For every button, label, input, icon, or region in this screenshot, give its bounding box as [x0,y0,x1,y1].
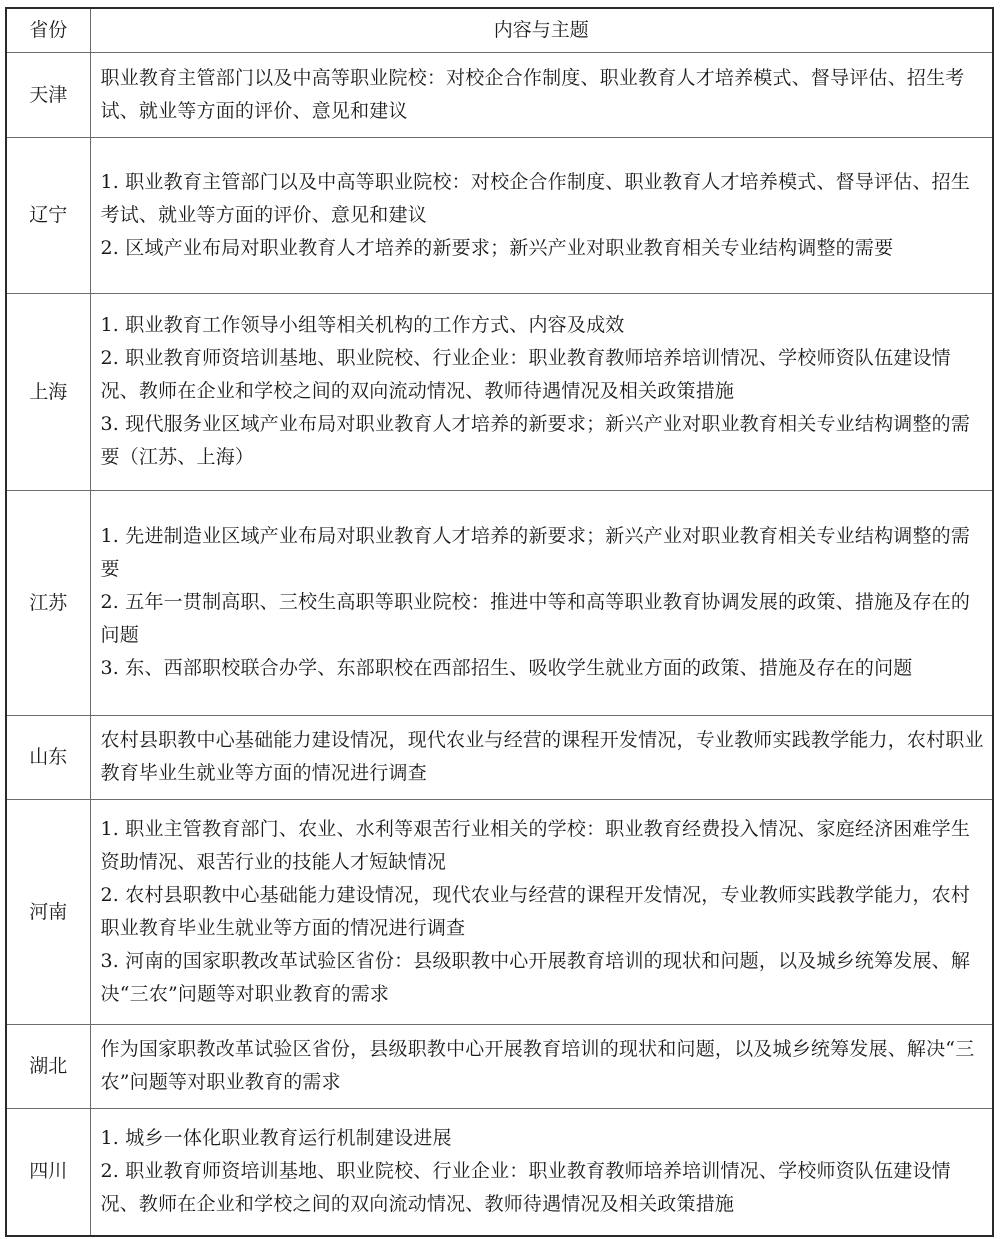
content-item: 1. 先进制造业区域产业布局对职业教育人才培养的新要求；新兴产业对职业教育相关专… [101,520,987,586]
table-row: 江苏 1. 先进制造业区域产业布局对职业教育人才培养的新要求；新兴产业对职业教育… [7,491,992,716]
content-cell: 作为国家职教改革试验区省份，县级职教中心开展教育培训的现状和问题，以及城乡统筹发… [90,1025,992,1109]
content-cell: 1. 职业教育主管部门以及中高等职业院校：对校企合作制度、职业教育人才培养模式、… [90,138,992,294]
province-survey-table-container: 省份 内容与主题 天津 职业教育主管部门以及中高等职业院校：对校企合作制度、职业… [5,7,994,1237]
content-item: 3. 东、西部职校联合办学、东部职校在西部招生、吸收学生就业方面的政策、措施及存… [101,652,987,685]
table-row: 上海 1. 职业教育工作领导小组等相关机构的工作方式、内容及成效 2. 职业教育… [7,294,992,491]
table-header-row: 省份 内容与主题 [7,9,992,53]
province-survey-table: 省份 内容与主题 天津 职业教育主管部门以及中高等职业院校：对校企合作制度、职业… [7,9,992,1235]
table-row: 天津 职业教育主管部门以及中高等职业院校：对校企合作制度、职业教育人才培养模式、… [7,53,992,138]
content-cell: 农村县职教中心基础能力建设情况，现代农业与经营的课程开发情况，专业教师实践教学能… [90,716,992,800]
content-item: 农村县职教中心基础能力建设情况，现代农业与经营的课程开发情况，专业教师实践教学能… [101,724,987,790]
province-cell: 天津 [7,53,90,138]
content-item: 3. 河南的国家职教改革试验区省份：县级职教中心开展教育培训的现状和问题，以及城… [101,945,987,1011]
content-item: 2. 五年一贯制高职、三校生高职等职业院校：推进中等和高等职业教育协调发展的政策… [101,586,987,652]
province-cell: 湖北 [7,1025,90,1109]
content-item: 1. 城乡一体化职业教育运行机制建设进展 [101,1122,987,1155]
province-cell: 辽宁 [7,138,90,294]
content-cell: 1. 职业教育工作领导小组等相关机构的工作方式、内容及成效 2. 职业教育师资培… [90,294,992,491]
content-item: 2. 农村县职教中心基础能力建设情况，现代农业与经营的课程开发情况，专业教师实践… [101,879,987,945]
content-item: 2. 职业教育师资培训基地、职业院校、行业企业：职业教育教师培养培训情况、学校师… [101,1155,987,1221]
province-cell: 江苏 [7,491,90,716]
table-row: 辽宁 1. 职业教育主管部门以及中高等职业院校：对校企合作制度、职业教育人才培养… [7,138,992,294]
header-content: 内容与主题 [90,9,992,53]
content-cell: 1. 职业主管教育部门、农业、水利等艰苦行业相关的学校：职业教育经费投入情况、家… [90,800,992,1025]
province-cell: 山东 [7,716,90,800]
content-item: 作为国家职教改革试验区省份，县级职教中心开展教育培训的现状和问题，以及城乡统筹发… [101,1033,987,1099]
province-cell: 上海 [7,294,90,491]
content-item: 2. 区域产业布局对职业教育人才培养的新要求；新兴产业对职业教育相关专业结构调整… [101,232,987,265]
content-item: 1. 职业教育主管部门以及中高等职业院校：对校企合作制度、职业教育人才培养模式、… [101,166,987,232]
table-row: 山东 农村县职教中心基础能力建设情况，现代农业与经营的课程开发情况，专业教师实践… [7,716,992,800]
table-row: 湖北 作为国家职教改革试验区省份，县级职教中心开展教育培训的现状和问题，以及城乡… [7,1025,992,1109]
content-item: 2. 职业教育师资培训基地、职业院校、行业企业：职业教育教师培养培训情况、学校师… [101,342,987,408]
province-cell: 河南 [7,800,90,1025]
content-item: 1. 职业教育工作领导小组等相关机构的工作方式、内容及成效 [101,309,987,342]
content-item: 1. 职业主管教育部门、农业、水利等艰苦行业相关的学校：职业教育经费投入情况、家… [101,813,987,879]
province-cell: 四川 [7,1109,90,1235]
content-item: 3. 现代服务业区域产业布局对职业教育人才培养的新要求；新兴产业对职业教育相关专… [101,408,987,474]
header-province: 省份 [7,9,90,53]
content-cell: 1. 城乡一体化职业教育运行机制建设进展 2. 职业教育师资培训基地、职业院校、… [90,1109,992,1235]
content-cell: 1. 先进制造业区域产业布局对职业教育人才培养的新要求；新兴产业对职业教育相关专… [90,491,992,716]
content-item: 职业教育主管部门以及中高等职业院校：对校企合作制度、职业教育人才培养模式、督导评… [101,62,987,128]
content-cell: 职业教育主管部门以及中高等职业院校：对校企合作制度、职业教育人才培养模式、督导评… [90,53,992,138]
table-row: 四川 1. 城乡一体化职业教育运行机制建设进展 2. 职业教育师资培训基地、职业… [7,1109,992,1235]
table-row: 河南 1. 职业主管教育部门、农业、水利等艰苦行业相关的学校：职业教育经费投入情… [7,800,992,1025]
